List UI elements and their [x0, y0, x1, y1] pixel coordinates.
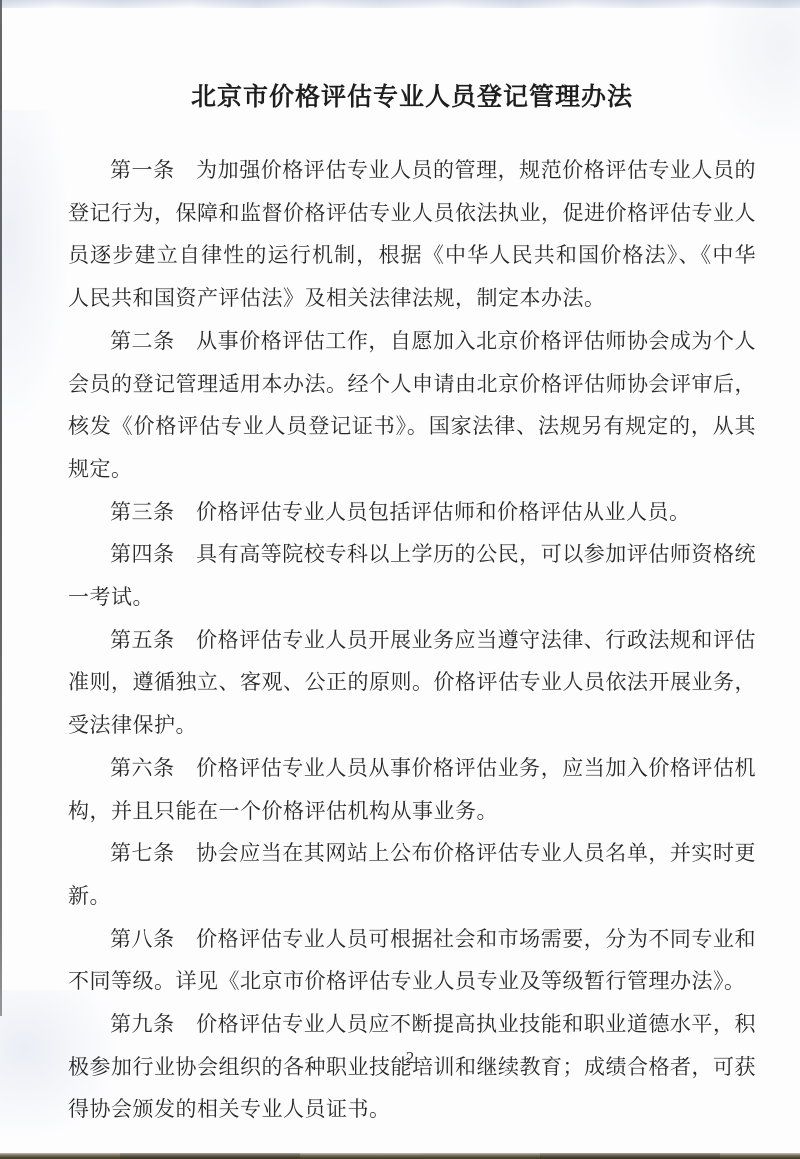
paragraph-article-5: 第五条 价格评估专业人员开展业务应当遵守法律、行政法规和评估准则，遵循独立、客观… — [68, 619, 756, 747]
document-body: 第一条 为加强价格评估专业人员的管理，规范价格评估专业人员的登记行为，保障和监督… — [68, 149, 756, 1131]
paragraph-article-3: 第三条 价格评估专业人员包括评估师和价格评估从业人员。 — [68, 491, 756, 534]
paragraph-article-7: 第七条 协会应当在其网站上公布价格评估专业人员名单，并实时更新。 — [68, 832, 756, 917]
paragraph-article-4: 第四条 具有高等院校专科以上学历的公民，可以参加评估师资格统一考试。 — [68, 533, 756, 618]
paragraph-article-2: 第二条 从事价格评估工作，自愿加入北京价格评估师协会成为个人会员的登记管理适用本… — [68, 320, 756, 491]
page-number: 2 — [380, 1048, 440, 1068]
scanned-document-page: { "document": { "title": "北京市价格评估专业人员登记管… — [0, 0, 800, 1159]
paragraph-article-8: 第八条 价格评估专业人员可根据社会和市场需要，分为不同专业和不同等级。详见《北京… — [68, 918, 756, 1003]
document-sheet: 北京市价格评估专业人员登记管理办法 第一条 为加强价格评估专业人员的管理，规范价… — [0, 0, 800, 1159]
paragraph-article-1: 第一条 为加强价格评估专业人员的管理，规范价格评估专业人员的登记行为，保障和监督… — [68, 149, 756, 320]
document-title: 北京市价格评估专业人员登记管理办法 — [68, 80, 756, 116]
paragraph-article-6: 第六条 价格评估专业人员从事价格评估业务，应当加入价格评估机构，并且只能在一个价… — [68, 747, 756, 832]
